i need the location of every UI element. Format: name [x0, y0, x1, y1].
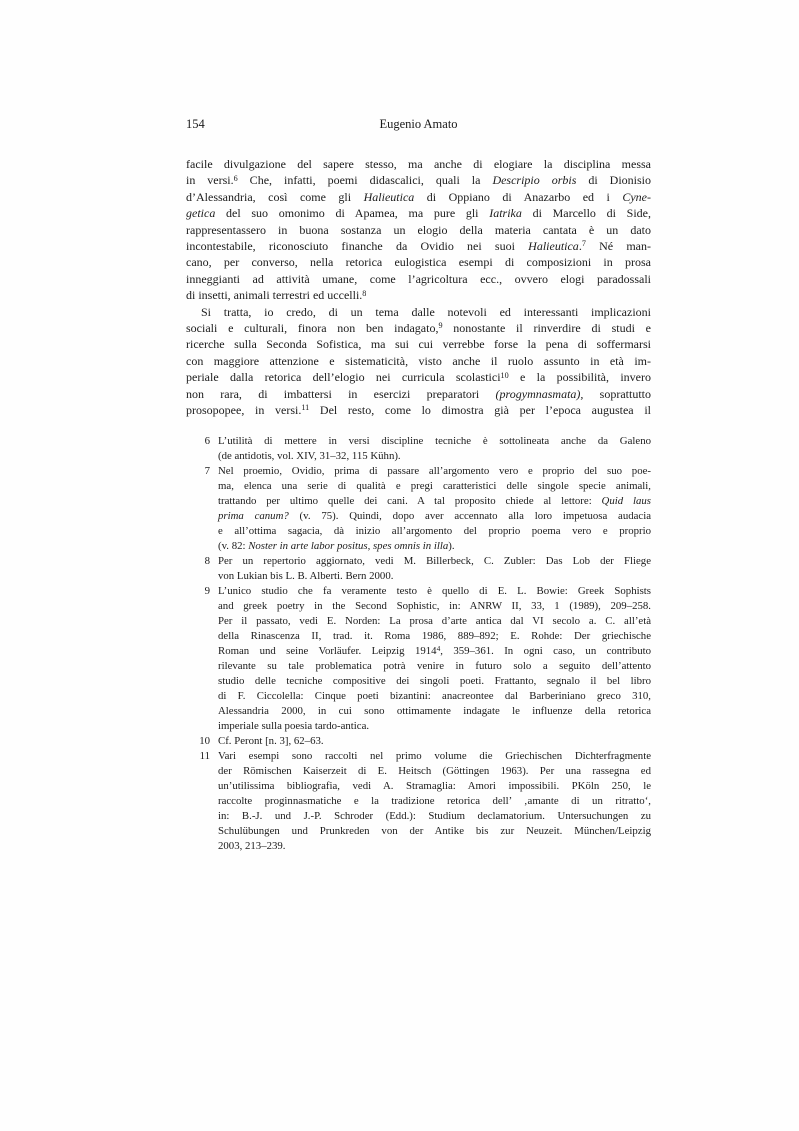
italic-text: Iatrika [489, 206, 522, 220]
text-segment: di F. Ciccolella: Cinque poeti bizantini… [218, 690, 651, 702]
footnote: 7Nel proemio, Ovidio, prima di passare a… [186, 464, 651, 554]
body-line: incontestabile, riconosciuto finanche da… [186, 238, 651, 254]
text-segment: ricerche sulla Seconda Sofistica, ma sui… [186, 337, 651, 351]
body-line: prosopopee, in versi.11 Del resto, come … [186, 402, 651, 418]
footnote-line: and greek poetry in the Second Sophistic… [218, 599, 651, 614]
footnote-line: ma, elenca una serie di qualità e pregi … [218, 479, 651, 494]
body-line: sociali e culturali, finora non ben inda… [186, 320, 651, 336]
text-segment: rilevante su tale problematica potrà ven… [218, 660, 651, 672]
body-line: periale dalla retorica dell’elogio nei c… [186, 369, 651, 385]
footnote-line: Roman und seine Vorläufer. Leipzig 19144… [218, 644, 651, 659]
text-segment: soprattutto [583, 387, 651, 401]
italic-text: (progymnasmata), [496, 387, 584, 401]
text-segment: and greek poetry in the Second Sophistic… [218, 600, 651, 612]
body-line: d’Alessandria, così come gli Halieutica … [186, 189, 651, 205]
text-segment: Si tratta, io credo, di un tema dalle no… [201, 305, 651, 319]
text-segment: di insetti, animali terrestri ed uccelli… [186, 288, 362, 302]
footnote-marker: 11 [301, 403, 309, 412]
text-segment: Alessandria 2000, in cui sono ottimament… [218, 705, 651, 717]
italic-text: Descripio orbis [492, 173, 576, 187]
footnote-line: von Lukian bis L. B. Alberti. Bern 2000. [218, 569, 651, 584]
italic-text: prima canum? [218, 510, 289, 522]
text-segment: periale dalla retorica dell’elogio nei c… [186, 370, 501, 384]
footnote: 8Per un repertorio aggiornato, vedi M. B… [186, 554, 651, 584]
text-segment: (de antidotis, vol. XIV, 31–32, 115 Kühn… [218, 450, 401, 462]
text-segment: (v. 75). Quindi, dopo aver accennato all… [289, 510, 651, 522]
text-segment: prosopopee, in versi. [186, 403, 301, 417]
text-segment: in versi. [186, 173, 234, 187]
italic-text: Halieutica [364, 190, 415, 204]
text-segment: della Rinascenza II, trad. it. Roma 1986… [218, 630, 651, 642]
footnote: 6L’utilità di mettere in versi disciplin… [186, 434, 651, 464]
text-segment: Cf. Peront [n. 3], 62–63. [218, 735, 324, 747]
page: 154 Eugenio Amato facile divulgazione de… [0, 0, 799, 1131]
text-segment: Che, infatti, poemi didascalici, quali l… [238, 173, 493, 187]
text-segment: e la possibilità, invero [509, 370, 651, 384]
footnote-line: in: B.-J. und J.-P. Schroder (Edd.): Stu… [218, 809, 651, 824]
footnote-number: 6 [186, 434, 210, 464]
text-segment: trattando per ultimo quelle dei cani. A … [218, 495, 602, 507]
footnote-line: trattando per ultimo quelle dei cani. A … [218, 494, 651, 509]
footnote-marker: 6 [234, 174, 238, 183]
text-segment: d’Alessandria, così come gli [186, 190, 364, 204]
footnote-line: rilevante su tale problematica potrà ven… [218, 659, 651, 674]
italic-text: Cyne- [622, 190, 651, 204]
text-segment: del suo omonimo di Apamea, ma pure gli [215, 206, 489, 220]
footnote-marker: 10 [501, 371, 509, 380]
footnote-number: 9 [186, 584, 210, 734]
text-segment: von Lukian bis L. B. Alberti. Bern 2000. [218, 570, 393, 582]
body-line: in versi.6 Che, infatti, poemi didascali… [186, 172, 651, 188]
text-segment: in: B.-J. und J.-P. Schroder (Edd.): Stu… [218, 810, 651, 822]
text-segment: 2003, 213–239. [218, 840, 285, 852]
footnote-number: 7 [186, 464, 210, 554]
paragraph: facile divulgazione del sapere stesso, m… [186, 156, 651, 304]
text-segment: incontestabile, riconosciuto finanche da… [186, 239, 528, 253]
text-segment: nonostante il rinverdire di studi e [443, 321, 651, 335]
text-segment: L’utilità di mettere in versi discipline… [218, 435, 651, 447]
text-segment: Vari esempi sono raccolti nel primo volu… [218, 750, 651, 762]
body-line: rappresentassero in buona sostanza un el… [186, 222, 651, 238]
text-segment: raccolte proginnasmatiche e la tradizion… [218, 795, 651, 807]
footnote-marker: 4 [437, 644, 441, 653]
footnote: 9L’unico studio che fa veramente testo è… [186, 584, 651, 734]
text-segment: Per il passato, vedi E. Norden: La prosa… [218, 615, 651, 627]
footnote-line: raccolte proginnasmatiche e la tradizion… [218, 794, 651, 809]
body-line: inneggianti ad attività umane, come l’ag… [186, 271, 651, 287]
body-line: non rara, di imbattersi in esercizi prep… [186, 386, 651, 402]
text-segment: studio delle tecniche compositive dei si… [218, 675, 651, 687]
footnote-line: studio delle tecniche compositive dei si… [218, 674, 651, 689]
footnote-number: 11 [186, 749, 210, 854]
text-segment: sociali e culturali, finora non ben inda… [186, 321, 438, 335]
footnote-marker: 8 [362, 289, 366, 298]
paragraph: Si tratta, io credo, di un tema dalle no… [186, 304, 651, 419]
footnote-line: Per il passato, vedi E. Norden: La prosa… [218, 614, 651, 629]
text-segment: L’unico studio che fa veramente testo è … [218, 585, 651, 597]
text-segment: Nel proemio, Ovidio, prima di passare al… [218, 465, 651, 477]
footnote-line: e all’ottima sagacia, dà inizio all’argo… [218, 524, 651, 539]
text-segment: Per un repertorio aggiornato, vedi M. Bi… [218, 555, 651, 567]
footnote-line: L’utilità di mettere in versi discipline… [218, 434, 651, 449]
body-line: di insetti, animali terrestri ed uccelli… [186, 287, 651, 303]
footnotes: 6L’utilità di mettere in versi disciplin… [186, 434, 651, 854]
footnote-line: (de antidotis, vol. XIV, 31–32, 115 Kühn… [218, 449, 651, 464]
footnote-line: prima canum? (v. 75). Quindi, dopo aver … [218, 509, 651, 524]
footnote-line: 2003, 213–239. [218, 839, 651, 854]
text-segment: con maggiore attenzione e sistematicità,… [186, 354, 651, 368]
text-segment: ma, elenca una serie di qualità e pregi … [218, 480, 651, 492]
text-segment: non rara, di imbattersi in esercizi prep… [186, 387, 496, 401]
footnote-marker: 7 [582, 239, 586, 248]
body-line: getica del suo omonimo di Apamea, ma pur… [186, 205, 651, 221]
text-segment: , 359–361. In ogni caso, un contributo [440, 645, 651, 657]
text-segment: Del resto, come lo dimostra già per l’ep… [309, 403, 651, 417]
footnote-line: Alessandria 2000, in cui sono ottimament… [218, 704, 651, 719]
body-line: ricerche sulla Seconda Sofistica, ma sui… [186, 336, 651, 352]
text-segment: der Römischen Kaiserzeit di E. Heitsch (… [218, 765, 651, 777]
footnote-line: Per un repertorio aggiornato, vedi M. Bi… [218, 554, 651, 569]
body-line: Si tratta, io credo, di un tema dalle no… [186, 304, 651, 320]
footnote-line: L’unico studio che fa veramente testo è … [218, 584, 651, 599]
text-segment: inneggianti ad attività umane, come l’ag… [186, 272, 651, 286]
footnote-line: der Römischen Kaiserzeit di E. Heitsch (… [218, 764, 651, 779]
footnote-line: un’utilissima bibliografia, vedi A. Stra… [218, 779, 651, 794]
italic-text: getica [186, 206, 215, 220]
footnote-line: della Rinascenza II, trad. it. Roma 1986… [218, 629, 651, 644]
text-segment: facile divulgazione del sapere stesso, m… [186, 157, 651, 171]
footnote-line: Cf. Peront [n. 3], 62–63. [218, 734, 651, 749]
footnote: 11Vari esempi sono raccolti nel primo vo… [186, 749, 651, 854]
text-segment: Né man- [586, 239, 651, 253]
text-segment: Schulübungen und Prunkreden von der Anti… [218, 825, 651, 837]
text-segment: e all’ottima sagacia, dà inizio all’argo… [218, 525, 651, 537]
text-segment: rappresentassero in buona sostanza un el… [186, 223, 651, 237]
text-segment: un’utilissima bibliografia, vedi A. Stra… [218, 780, 651, 792]
text-segment: di Marcello di Side, [522, 206, 651, 220]
page-header: 154 Eugenio Amato [186, 117, 651, 132]
footnote-line: Schulübungen und Prunkreden von der Anti… [218, 824, 651, 839]
text-segment: di Dionisio [576, 173, 651, 187]
footnote-text: Vari esempi sono raccolti nel primo volu… [218, 749, 651, 854]
footnote-line: di F. Ciccolella: Cinque poeti bizantini… [218, 689, 651, 704]
footnote-text: L’utilità di mettere in versi discipline… [218, 434, 651, 464]
text-segment: Roman und seine Vorläufer. Leipzig 1914 [218, 645, 437, 657]
footnote-text: Per un repertorio aggiornato, vedi M. Bi… [218, 554, 651, 584]
footnote-text: Nel proemio, Ovidio, prima di passare al… [218, 464, 651, 554]
body-line: facile divulgazione del sapere stesso, m… [186, 156, 651, 172]
footnote-text: Cf. Peront [n. 3], 62–63. [218, 734, 651, 749]
running-head: Eugenio Amato [186, 117, 651, 132]
footnote-number: 10 [186, 734, 210, 749]
text-segment: (v. 82: [218, 540, 248, 552]
body-line: con maggiore attenzione e sistematicità,… [186, 353, 651, 369]
body-line: cano, per converso, nella retorica eulog… [186, 254, 651, 270]
footnote-line: imperiale sulla poesia tardo-antica. [218, 719, 651, 734]
footnote-line: Vari esempi sono raccolti nel primo volu… [218, 749, 651, 764]
text-segment: cano, per converso, nella retorica eulog… [186, 255, 651, 269]
footnote-line: Nel proemio, Ovidio, prima di passare al… [218, 464, 651, 479]
text-segment: ). [448, 540, 454, 552]
footnote-marker: 9 [438, 321, 442, 330]
italic-text: Quid laus [602, 495, 651, 507]
italic-text: Noster in arte labor positus, spes omnis… [248, 540, 448, 552]
body-text: facile divulgazione del sapere stesso, m… [186, 156, 651, 419]
footnote-number: 8 [186, 554, 210, 584]
footnote-text: L’unico studio che fa veramente testo è … [218, 584, 651, 734]
footnote: 10Cf. Peront [n. 3], 62–63. [186, 734, 651, 749]
text-segment: imperiale sulla poesia tardo-antica. [218, 720, 369, 732]
text-segment: di Oppiano di Anazarbo ed i [414, 190, 622, 204]
page-number: 154 [186, 117, 205, 132]
footnote-line: (v. 82: Noster in arte labor positus, sp… [218, 539, 651, 554]
italic-text: Halieutica [528, 239, 579, 253]
